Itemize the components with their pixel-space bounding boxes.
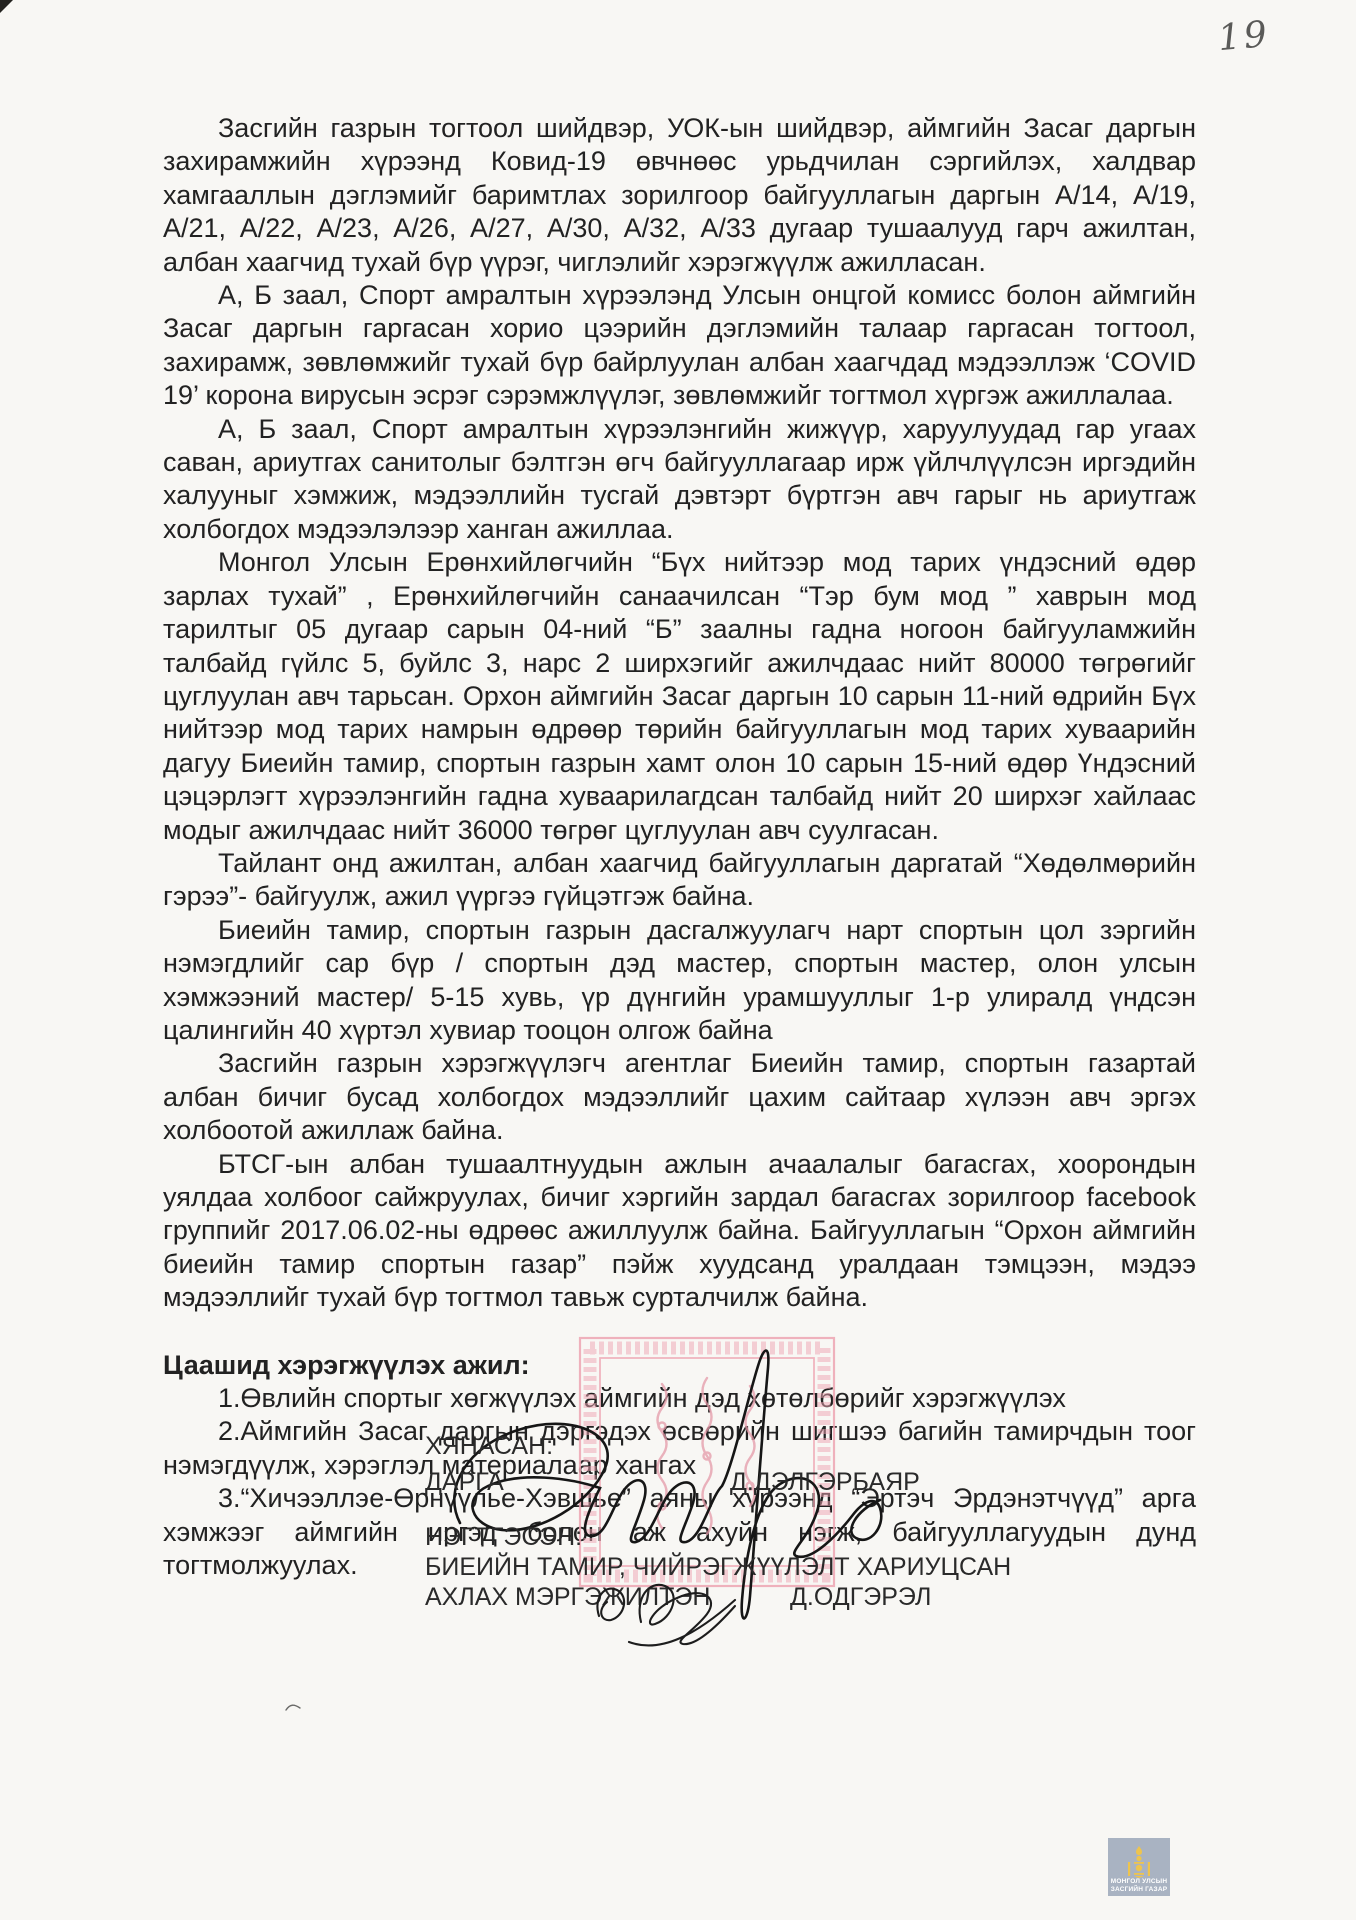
logo-text-line2: ЗАСГИЙН ГАЗАР	[1111, 1886, 1168, 1894]
government-logo: МОНГОЛ УЛСЫН ЗАСГИЙН ГАЗАР	[1108, 1838, 1170, 1896]
paragraph-tree-planting: Монгол Улсын Ерөнхийлөгчийн “Бүх нийтээр…	[163, 546, 1196, 847]
scanned-document-page: 19 Засгийн газрын тогтоол шийдвэр, УОК-ы…	[0, 0, 1356, 1920]
logo-text-line1: МОНГОЛ УЛСЫН	[1111, 1878, 1168, 1886]
reviewed-label: ХЯНАСАН:	[425, 1432, 553, 1461]
reviewed-title: ДАРГА	[425, 1468, 504, 1497]
paragraph-agency-docs: Засгийн газрын хэрэгжүүлэгч агентлаг Бие…	[163, 1047, 1196, 1147]
signature-specialist	[585, 1558, 750, 1653]
handwritten-page-number: 19	[1216, 14, 1271, 59]
scan-corner-artifact	[0, 0, 13, 13]
paragraph-labor-contract: Тайлант онд ажилтан, албан хаагчид байгу…	[163, 847, 1196, 914]
reviewed-name: Д.ДЭЛГЭРБАЯР	[730, 1468, 920, 1497]
paragraph-facebook-page: БТСГ-ын албан тушаалтнуудын ажлын ачаала…	[163, 1148, 1196, 1315]
paragraph-sanitation: А, Б заал, Спорт амралтын хүрээлэнгийн ж…	[163, 413, 1196, 547]
paragraph-coach-bonus: Биеийн тамир, спортын газрын дасгалжуула…	[163, 914, 1196, 1048]
soyombo-icon	[1126, 1846, 1152, 1878]
paragraph-quarantine-info: А, Б заал, Спорт амралтын хүрээлэнд Улсы…	[163, 279, 1196, 413]
stray-pen-mark	[284, 1700, 302, 1714]
compiled-name: Д.ОДГЭРЭЛ	[790, 1583, 931, 1612]
compiled-label: НЭГТГЭСЭН:	[425, 1523, 582, 1552]
paragraph-covid-orders: Засгийн газрын тогтоол шийдвэр, УОК-ын ш…	[163, 112, 1196, 279]
